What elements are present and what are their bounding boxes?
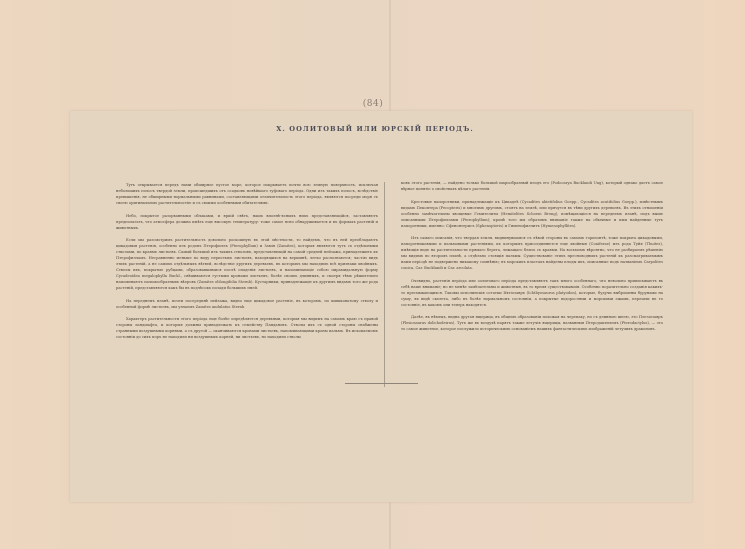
paragraph: Тутъ открывается передъ нами обширное пу… — [116, 182, 378, 206]
chapter-title: X. Оолитовый или Юрскій періодъ. — [250, 125, 500, 133]
column-divider — [384, 182, 385, 387]
page-number: (84) — [358, 99, 388, 109]
right-column: ковъ этого растенія, — найдено только бо… — [401, 180, 663, 339]
paragraph: Если мы разсмотримъ растительность довол… — [116, 237, 378, 291]
end-rule — [345, 383, 418, 384]
paragraph: Небо, покрытое разорванными облаками, и … — [116, 213, 378, 231]
left-column: Тутъ открывается передъ нами обширное пу… — [116, 182, 378, 347]
paragraph: Крестовые папоротники, принадлежащіе къ … — [401, 199, 663, 229]
paragraph: Характеръ растительности этого періода е… — [116, 316, 378, 340]
paragraph: ковъ этого растенія, — найдено только бо… — [401, 180, 663, 192]
paragraph: На переднемъ планѣ, почти посерединѣ пей… — [116, 298, 378, 310]
paragraph: Изъ самаго описанія, что твердая земля, … — [401, 235, 663, 271]
paragraph: Очевидно, растенія періода или оолитоваг… — [401, 278, 663, 308]
paragraph: Далѣе, въ нѣмецъ, видна другая ящерица, … — [401, 314, 663, 332]
